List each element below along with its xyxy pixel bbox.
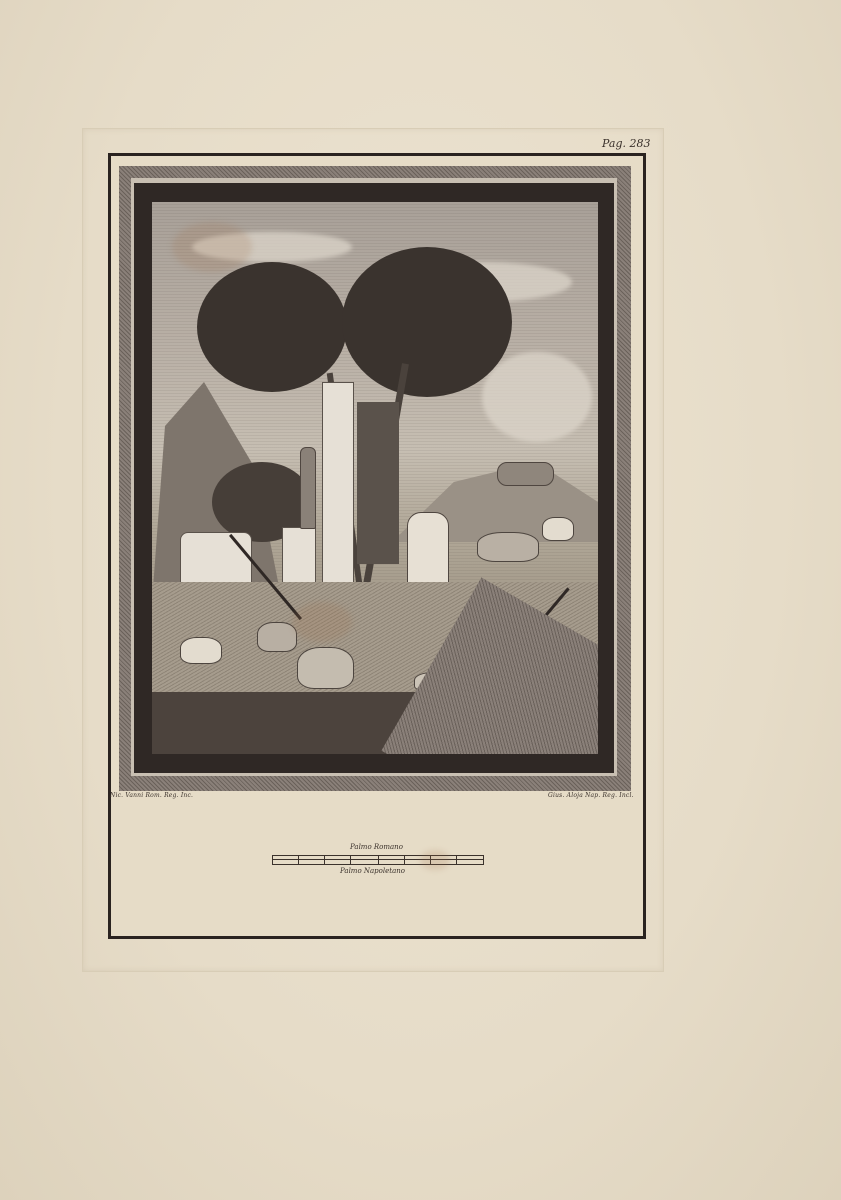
ruined-doorway — [357, 402, 399, 564]
engraving-scene — [152, 202, 598, 754]
tree-canopy-right — [342, 247, 512, 397]
lamb — [542, 517, 574, 541]
scale-label-neapolitan: Palmo Napoletano — [340, 867, 405, 875]
scale-tick — [404, 856, 405, 864]
scale-label-roman: Palmo Romano — [350, 843, 403, 851]
measurement-scale — [272, 855, 484, 865]
scale-tick — [350, 856, 351, 864]
scale-tick — [298, 856, 299, 864]
scale-tick — [378, 856, 379, 864]
scale-tick — [324, 856, 325, 864]
ruined-column — [322, 382, 354, 599]
tree-canopy-left — [197, 262, 347, 392]
engraver-credit-right: Gius. Aloja Nap. Reg. Incl. — [548, 792, 634, 799]
goat-white — [180, 637, 222, 664]
scale-tick — [456, 856, 457, 864]
goat — [257, 622, 297, 652]
paper-sheet: Pag. 283 Nic — [0, 0, 841, 1200]
scale-tick — [272, 856, 273, 864]
page-number: Pag. 283 — [602, 137, 651, 150]
foxing-stain — [292, 602, 352, 642]
reclining-figure — [497, 462, 554, 486]
foxing-stain — [172, 222, 252, 272]
scale-tick — [483, 856, 484, 864]
resting-cow — [477, 532, 539, 562]
cloud — [482, 352, 592, 442]
grazing-goat — [297, 647, 354, 689]
foxing-stain — [420, 850, 450, 870]
statue-figure — [300, 447, 316, 529]
engraver-credit-left: Nic. Vanni Rom. Reg. Inc. — [110, 792, 193, 799]
